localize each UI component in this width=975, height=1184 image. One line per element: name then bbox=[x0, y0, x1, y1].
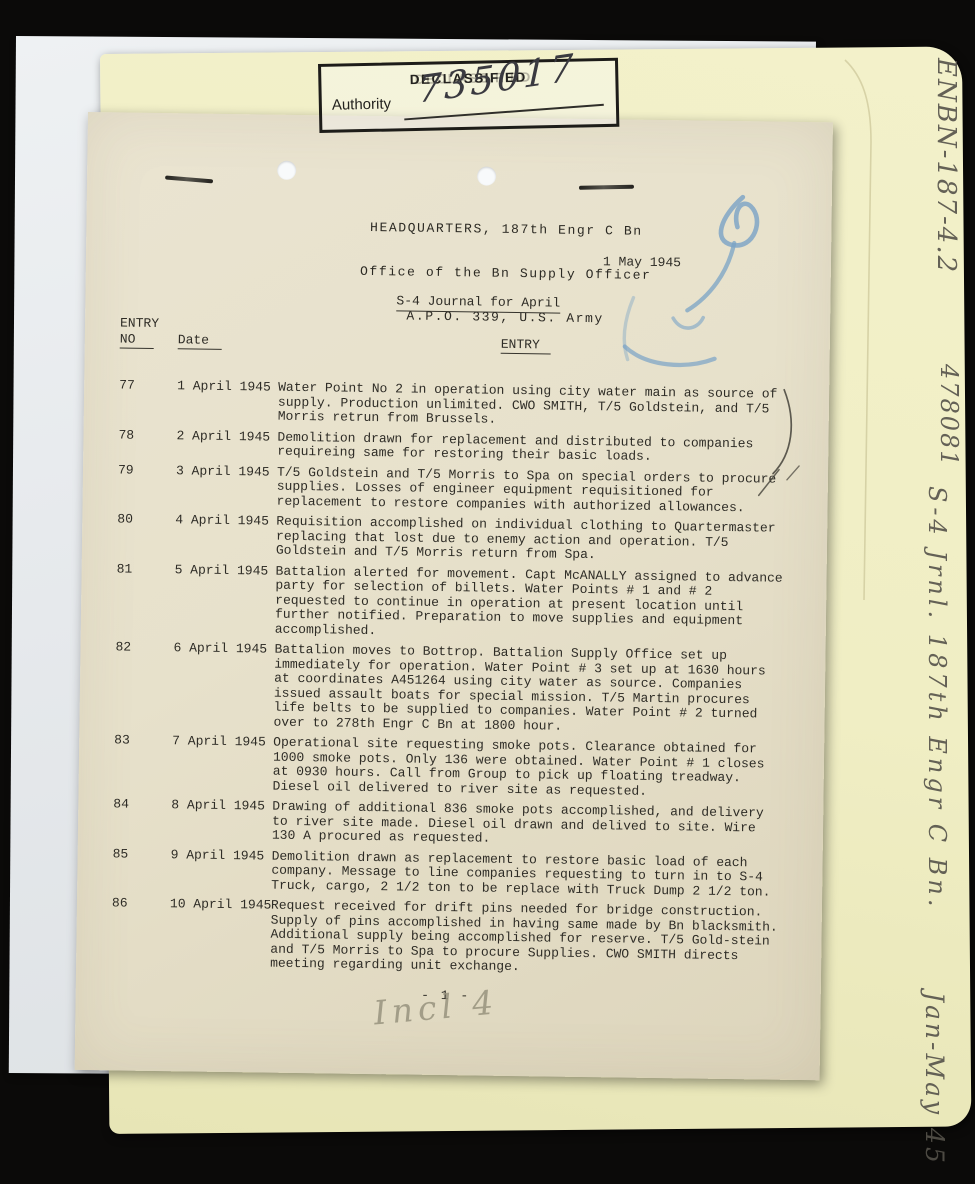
entry-number: 83 bbox=[114, 733, 173, 792]
entry-number: 86 bbox=[111, 896, 170, 969]
authority-label: Authority bbox=[332, 95, 392, 113]
journal-entry-row: 82 6 April 1945 Battalion moves to Bottr… bbox=[114, 640, 805, 737]
journal-entry-row: 86 10 April 1945 Request received for dr… bbox=[111, 896, 802, 978]
table-column-headers: ENTRY NO Date ENTRY bbox=[120, 316, 800, 357]
punch-hole-left bbox=[277, 161, 296, 180]
column-header-entry-no-line2: NO bbox=[120, 332, 154, 349]
journal-entries: 77 1 April 1945 Water Point No 2 in oper… bbox=[111, 378, 809, 984]
letterhead-line1: HEADQUARTERS, 187th Engr C Bn bbox=[341, 221, 671, 240]
punch-hole-right bbox=[477, 166, 496, 185]
entry-number: 80 bbox=[117, 512, 176, 556]
entry-number: 79 bbox=[117, 463, 176, 507]
declassified-stamp: DECLASSIFIED Authority 735017 bbox=[318, 58, 619, 133]
entry-text: Water Point No 2 in operation using city… bbox=[278, 381, 790, 432]
entry-text: Operational site requesting smoke pots. … bbox=[273, 736, 785, 801]
entry-number: 77 bbox=[119, 378, 178, 422]
column-header-date: Date bbox=[178, 333, 222, 350]
entry-text: Battalion alerted for movement. Capt McA… bbox=[275, 564, 787, 644]
entry-number: 82 bbox=[114, 640, 173, 728]
journal-entry-row: 77 1 April 1945 Water Point No 2 in oper… bbox=[119, 378, 810, 431]
entry-text: Demolition drawn for replacement and dis… bbox=[277, 430, 788, 466]
handwritten-incl-note: Incl 4 bbox=[373, 995, 499, 1021]
entry-text: Drawing of additional 836 smoke pots acc… bbox=[272, 800, 784, 851]
entry-date: 10 April 1945 bbox=[169, 897, 271, 971]
column-header-entry: ENTRY bbox=[501, 337, 551, 354]
entry-text: Demolition drawn as replacement to resto… bbox=[271, 849, 783, 900]
entry-date: 2 April 1945 bbox=[176, 429, 277, 459]
entry-number: 85 bbox=[112, 847, 171, 891]
journal-entry-row: 81 5 April 1945 Battalion alerted for mo… bbox=[116, 562, 807, 644]
entry-date: 5 April 1945 bbox=[174, 563, 276, 637]
entry-number: 78 bbox=[118, 428, 176, 458]
document-date: 1 May 1945 bbox=[603, 255, 681, 271]
entry-date: 4 April 1945 bbox=[175, 513, 277, 558]
entry-date: 9 April 1945 bbox=[170, 848, 272, 893]
folder-edge-note-journal: S-4 Jrnl. 187th Engr C Bn. bbox=[923, 486, 951, 911]
page-title: S-4 Journal for April bbox=[373, 294, 583, 313]
staple-mark-left bbox=[165, 175, 213, 183]
folder-edge-note-daterange: Jan-May 45 bbox=[920, 992, 949, 1166]
folder-edge-note-catalog: ENBN-187-4.2 bbox=[931, 58, 961, 274]
entry-date: 6 April 1945 bbox=[172, 641, 274, 729]
journal-entry-row: 84 8 April 1945 Drawing of additional 83… bbox=[113, 797, 804, 850]
journal-page: HEADQUARTERS, 187th Engr C Bn Office of … bbox=[75, 112, 833, 1080]
entry-date: 8 April 1945 bbox=[171, 798, 273, 843]
entry-text: Battalion moves to Bottrop. Battalion Su… bbox=[273, 643, 785, 737]
entry-text: Requisition accomplished on individual c… bbox=[276, 515, 788, 566]
journal-entry-row: 78 2 April 1945 Demolition drawn for rep… bbox=[118, 428, 808, 467]
photograph-of-document: ENBN-187-4.2 478081 S-4 Jrnl. 187th Engr… bbox=[0, 0, 975, 1184]
journal-entry-row: 80 4 April 1945 Requisition accomplished… bbox=[117, 512, 808, 565]
entry-number: 81 bbox=[116, 562, 175, 635]
journal-entry-row: 85 9 April 1945 Demolition drawn as repl… bbox=[112, 847, 803, 900]
folder-edge-note-number: 478081 bbox=[935, 364, 963, 468]
column-header-entry-no-line1: ENTRY bbox=[120, 316, 178, 331]
page-title-text: S-4 Journal for April bbox=[396, 294, 560, 313]
entry-date: 7 April 1945 bbox=[172, 734, 274, 793]
journal-entry-row: 79 3 April 1945 T/5 Goldstein and T/5 Mo… bbox=[117, 463, 808, 516]
entry-number: 84 bbox=[113, 797, 172, 841]
staple-mark-right bbox=[579, 185, 634, 190]
journal-entry-row: 83 7 April 1945 Operational site request… bbox=[114, 733, 805, 801]
entry-text: Request received for drift pins needed f… bbox=[270, 899, 782, 979]
entry-date: 1 April 1945 bbox=[177, 379, 279, 424]
entry-date: 3 April 1945 bbox=[175, 464, 277, 509]
entry-text: T/5 Goldstein and T/5 Morris to Spa on s… bbox=[276, 465, 788, 516]
